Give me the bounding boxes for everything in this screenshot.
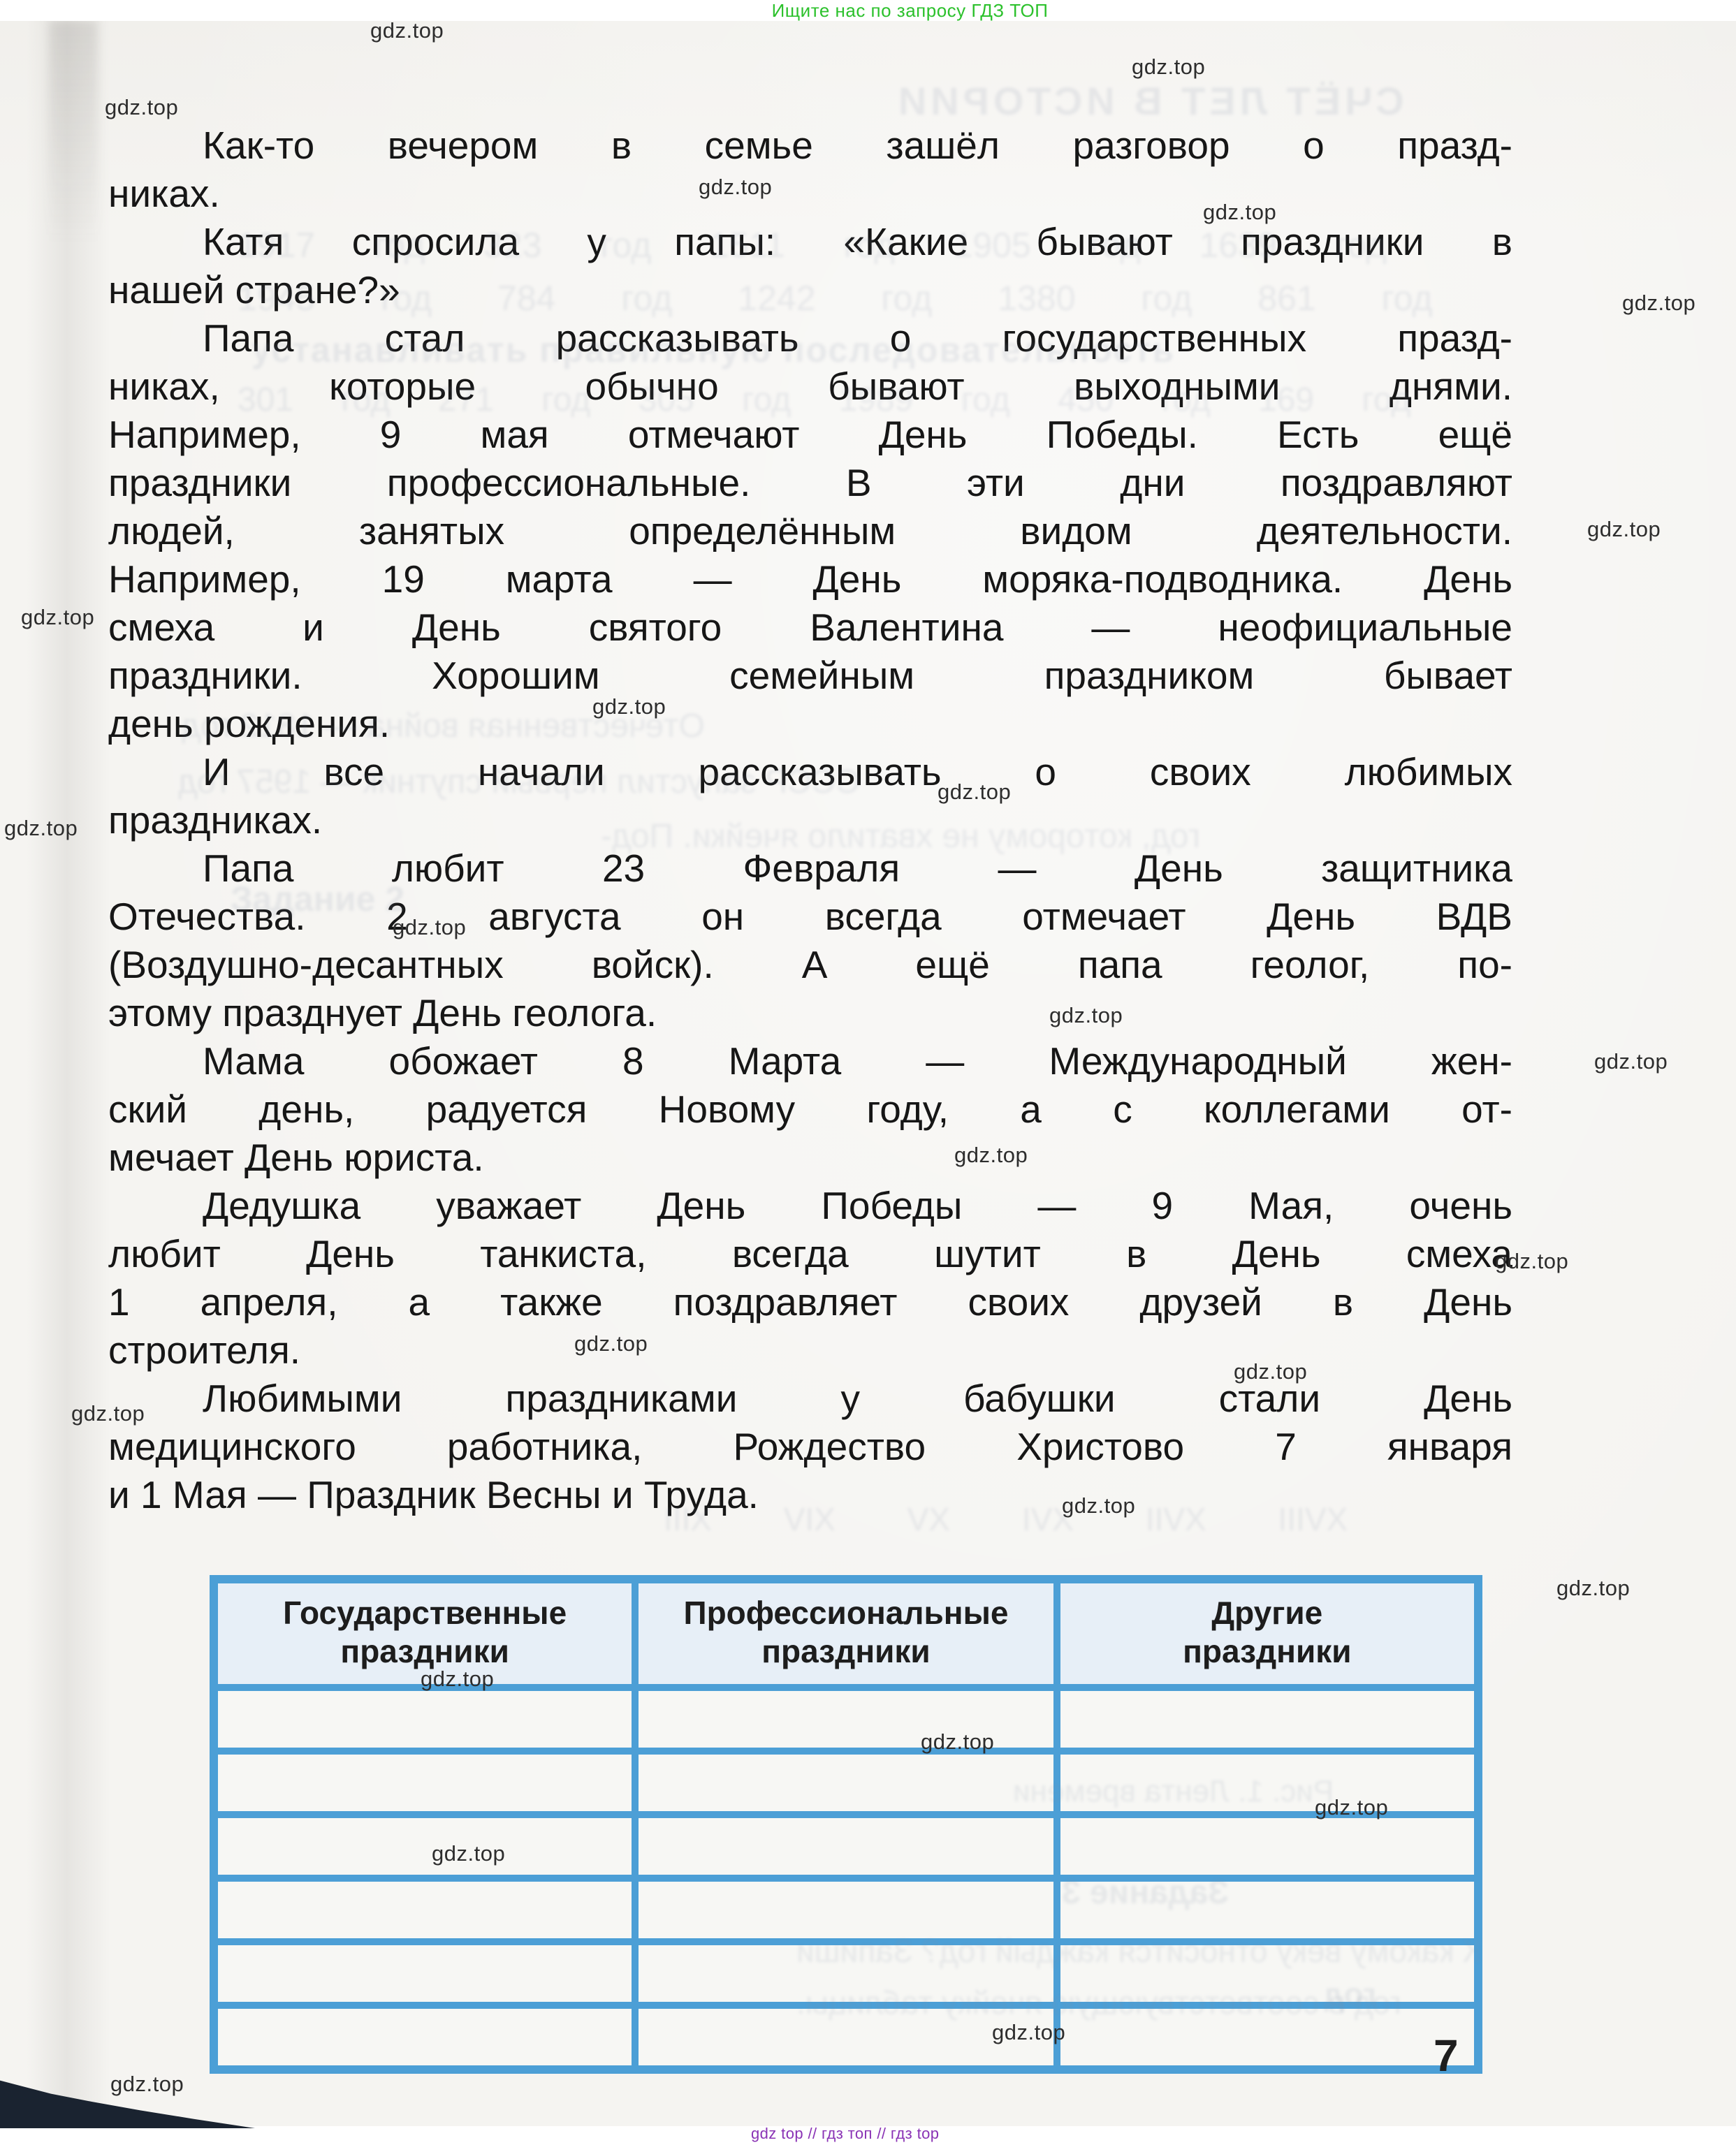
- watermark: gdz.top: [1203, 200, 1276, 225]
- bleed-through-text: 1917 год 323 год 1511 год 1905 год 1639 …: [238, 225, 1387, 265]
- watermark: gdz.top: [1315, 1795, 1388, 1820]
- table-empty-cell: [214, 1942, 635, 2005]
- bleed-through-text: год в соответствующую ячейку таблицы.: [796, 1984, 1401, 2021]
- bleed-through-text: СССР запустил первый спутник — 1957 год: [178, 763, 860, 801]
- promo-top-strip: Ищите нас по запросу ГДЗ ТОП: [0, 0, 1736, 21]
- table-empty-cell: [214, 1878, 635, 1942]
- story-line: Например, 19 марта — День моряка-подводн…: [108, 555, 1512, 603]
- story-line: праздники. Хорошим семейным праздником б…: [108, 652, 1512, 700]
- table-empty-cell: [214, 1751, 635, 1815]
- header-label-line: праздники: [641, 1632, 1050, 1671]
- watermark: gdz.top: [954, 1143, 1028, 1168]
- story-line: смеха и День святого Валентина — неофици…: [108, 603, 1512, 652]
- watermark: gdz.top: [992, 2020, 1065, 2045]
- bleed-through-text: К какому веку относится каждый год? Запи…: [796, 1932, 1482, 1970]
- gutter-shadow: [27, 21, 110, 2126]
- watermark: gdz.top: [1556, 1576, 1630, 1601]
- story-line: 1 апреля, а также поздравляет своих друз…: [108, 1278, 1512, 1326]
- bleed-through-text: Задание 2: [231, 879, 404, 919]
- table-empty-cell: [1057, 1815, 1478, 1878]
- watermark: gdz.top: [1587, 517, 1661, 542]
- bleed-through-text: Рис. 1. Лента времени: [1013, 1774, 1334, 1809]
- header-label-line: Государственные: [221, 1594, 629, 1632]
- table-empty-cell: [635, 1751, 1056, 1815]
- watermark: gdz.top: [110, 2072, 184, 2097]
- story-line: людей, занятых определённым видом деятел…: [108, 507, 1512, 555]
- bleed-through-text: 301 год 271 год 305 год 1989 год 450 год…: [238, 381, 1411, 419]
- table-header-row: Государственные праздники Профессиональн…: [214, 1579, 1478, 1688]
- table-header-professional-holidays: Профессиональные праздники: [635, 1579, 1056, 1688]
- bleed-through-text: 1945 год 784 год 1242 год 1380 год 861 г…: [238, 278, 1433, 319]
- watermark: gdz.top: [592, 694, 666, 719]
- page: { "page": { "promo_top": "Ищите нас по з…: [0, 0, 1736, 2145]
- story-line: этому празднует День геолога.: [108, 989, 1512, 1037]
- watermark: gdz.top: [432, 1841, 505, 1866]
- watermark: gdz.top: [1495, 1249, 1568, 1274]
- header-label-line: праздники: [1063, 1632, 1471, 1671]
- table-row: [214, 1688, 1478, 1751]
- watermark: gdz.top: [21, 605, 94, 630]
- watermark: gdz.top: [699, 175, 772, 200]
- header-label-line: праздники: [221, 1632, 629, 1671]
- story-line: мечает День юриста.: [108, 1134, 1512, 1182]
- watermark: gdz.top: [105, 95, 178, 120]
- bleed-through-text: год, которому не хватило ячейки. Под-: [601, 817, 1200, 856]
- watermark: gdz.top: [1049, 1003, 1123, 1028]
- promo-bottom-text: gdz top // гдз топ // гдз top: [751, 2125, 939, 2143]
- table-empty-cell: [1057, 1688, 1478, 1751]
- story-line: Мама обожает 8 Марта — Международный жен…: [108, 1037, 1512, 1085]
- promo-top-text: Ищите нас по запросу ГДЗ ТОП: [772, 0, 1049, 21]
- story-line: никах.: [108, 170, 1512, 218]
- story-line: Дедушка уважает День Победы — 9 Мая, оче…: [108, 1182, 1512, 1230]
- story-line: праздники профессиональные. В эти дни по…: [108, 459, 1512, 507]
- watermark: gdz.top: [1594, 1049, 1668, 1074]
- bleed-through-text: устанавливать правильную последовательно…: [251, 330, 1175, 370]
- story-line: ский день, радуется Новому году, а с кол…: [108, 1085, 1512, 1134]
- table-header-other-holidays: Другие праздники: [1057, 1579, 1478, 1688]
- watermark: gdz.top: [574, 1331, 648, 1356]
- watermark: gdz.top: [1622, 291, 1695, 316]
- watermark: gdz.top: [370, 18, 444, 43]
- bleed-through-text: год: [1324, 1975, 1376, 2013]
- watermark: gdz.top: [921, 1729, 994, 1755]
- story-line: (Воздушно-десантных войск). А ещё папа г…: [108, 941, 1512, 989]
- watermark: gdz.top: [1062, 1493, 1135, 1518]
- bleed-through-text: СЧЁТ ЛЕТ В ИСТОРИИ: [894, 78, 1404, 124]
- story-line: любит День танкиста, всегда шутит в День…: [108, 1230, 1512, 1278]
- bleed-through-text: XVIII XVII XVI XV XIV XIII: [664, 1500, 1348, 1538]
- watermark: gdz.top: [421, 1667, 494, 1692]
- table-row: [214, 1815, 1478, 1878]
- watermark: gdz.top: [938, 779, 1011, 805]
- story-line: медицинского работника, Рождество Христо…: [108, 1423, 1512, 1471]
- header-label-line: Профессиональные: [641, 1594, 1050, 1632]
- header-label-line: Другие: [1063, 1594, 1471, 1632]
- watermark: gdz.top: [4, 816, 78, 841]
- page-number: 7: [1434, 2030, 1459, 2081]
- watermark: gdz.top: [1132, 54, 1205, 80]
- table-empty-cell: [214, 1688, 635, 1751]
- watermark: gdz.top: [393, 915, 466, 940]
- watermark: gdz.top: [71, 1401, 145, 1426]
- table-empty-cell: [214, 2005, 635, 2070]
- bleed-through-text: Задание 3: [1062, 1873, 1229, 1912]
- watermark: gdz.top: [1234, 1359, 1307, 1384]
- story-line: Как-то вечером в семье зашёл разговор о …: [108, 122, 1512, 170]
- table-empty-cell: [635, 1815, 1056, 1878]
- table-empty-cell: [214, 1815, 635, 1878]
- gutter-shadow-top: [49, 21, 98, 244]
